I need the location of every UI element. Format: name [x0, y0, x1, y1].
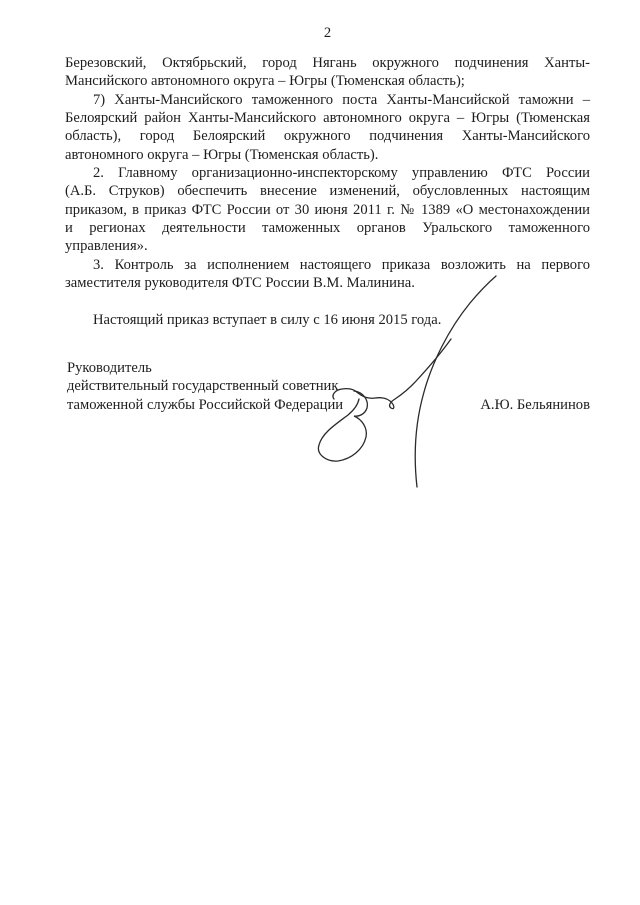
body-line: приказом, в приказ ФТС России от 30 июня…: [65, 201, 590, 219]
effective-date-line: Настоящий приказ вступает в силу с 16 ию…: [65, 311, 590, 329]
body-line: 7) Ханты-Мансийского таможенного поста Х…: [65, 91, 590, 109]
signatory-position-line: таможенной службы Российской Федерации: [67, 396, 343, 414]
signatory-position-line: Руководитель: [67, 359, 343, 377]
body-line: автономного округа – Югры (Тюменская обл…: [65, 146, 590, 164]
body-line: и регионах деятельности таможенных орган…: [65, 219, 590, 237]
body-line: заместителя руководителя ФТС России В.М.…: [65, 274, 590, 292]
body-line: 3. Контроль за исполнением настоящего пр…: [65, 256, 590, 274]
page-number: 2: [65, 24, 590, 42]
body-line: Белоярский район Ханты-Мансийского автон…: [65, 109, 590, 127]
signature-branch-stroke: [333, 339, 451, 409]
signatory-name: А.Ю. Бельянинов: [480, 396, 590, 414]
body-line: Березовский, Октябрьский, город Нягань о…: [65, 54, 590, 72]
body-line: (А.Б. Струков) обеспечить внесение измен…: [65, 182, 590, 200]
body-line: Мансийского автономного округа – Югры (Т…: [65, 72, 590, 90]
signature-title-block: Руководитель действительный государствен…: [67, 359, 343, 414]
document-body: Березовский, Октябрьский, город Нягань о…: [65, 54, 590, 329]
body-line: управления».: [65, 237, 590, 255]
body-line: 2. Главному организационно-инспекторском…: [65, 164, 590, 182]
signatory-position-line: действительный государственный советник: [67, 377, 343, 395]
body-line: область), город Белоярский окружного под…: [65, 127, 590, 145]
document-page: 2 Березовский, Октябрьский, город Нягань…: [0, 0, 640, 905]
blank-line: [65, 292, 590, 310]
